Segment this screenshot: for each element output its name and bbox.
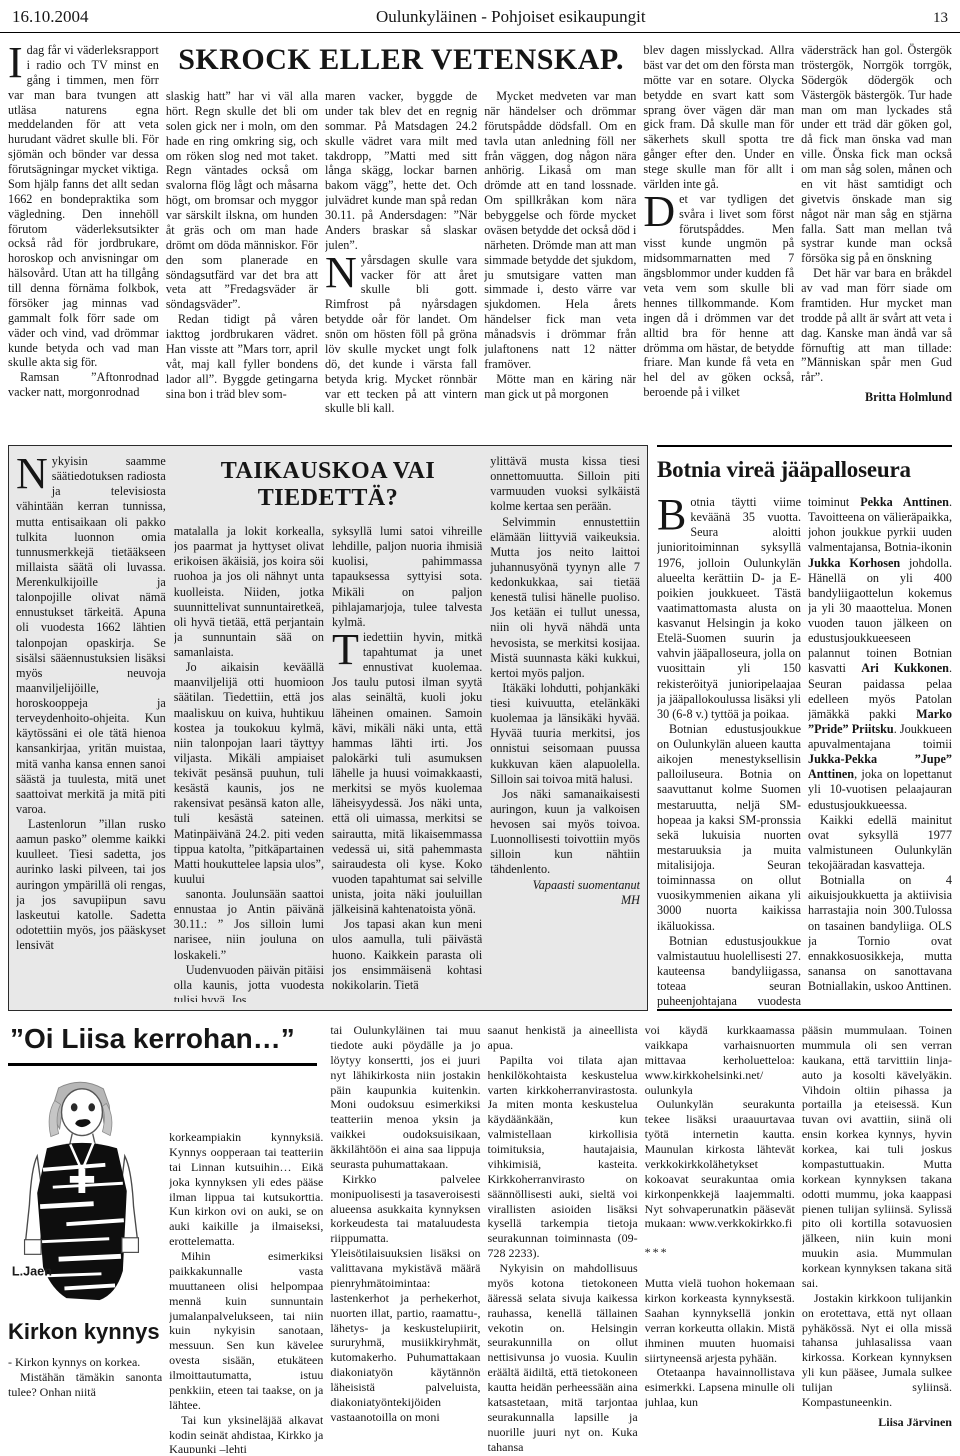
paragraph: korkeampiakin kynnyksiä. Kynnys oopperaa… [169,1130,323,1249]
paragraph: Nykyisin saamme säätiedotuksen radiosta … [16,454,166,817]
paragraph: voi käydä kurkkaamassa vaikkapa varhaisn… [645,1023,795,1097]
botnia-headline: Botnia vireä jääpalloseura [657,457,952,483]
taikauskoa-column-2: matalalla ja lokit korkealla, jos paarma… [174,524,324,1002]
botnia-columns: Botnia täytti viime keväänä 35 vuotta. S… [657,495,952,1009]
skrock-headline: SKROCK ELLER VETENSKAP. [166,43,637,77]
paragraph: Botnian edustusjoukkue on Oulunkylän alu… [657,722,801,934]
taikauskoa-headline: TAIKAUSKOA VAI TIEDETTÄ? [174,458,483,512]
oiliisa-column-3: tai Oulunkyläinen tai muu tiedote auki p… [330,1023,480,1453]
paragraph: matalalla ja lokit korkealla, jos paarma… [174,524,324,660]
drop-cap: N [16,454,52,490]
masthead-title: Oulunkyläinen - Pohjoiset esikaupungit [376,7,646,27]
paragraph: Kaikki edellä mainitut ovat syksyllä 197… [808,813,952,874]
drop-cap: B [657,495,690,531]
skrock-column-4: Mycket medveten var man när händelser oc… [484,89,636,435]
taikauskoa-column-1: Nykyisin saamme säätiedotuksen radiosta … [16,454,166,1002]
oiliisa-headline: ”Oi Liisa kerrohan…” [10,1023,323,1055]
taikauskoa-column-3: syksyllä lumi satoi vihreille lehdille, … [332,524,482,1002]
paragraph: Det här var bara en bråkdel av vad man f… [801,266,952,385]
oiliisa-column-1: L.Jaen Kirkon kynnys - Kirkon kynnys on … [8,1072,162,1453]
taikauskoa-column-4: ylittävä musta kissa tiesi onnettomuutta… [490,454,640,1002]
article-taikauskoa: Nykyisin saamme säätiedotuksen radiosta … [8,445,648,1011]
paragraph: MH [490,893,640,908]
paragraph: Mihin esimerkiksi paikkakunnalle vasta m… [169,1249,323,1413]
skrock-column-3: maren vacker, byggde de under tak blev d… [325,89,477,435]
paragraph: Itäkäki lohdutti, pohjankäki tiesi kuivu… [490,681,640,787]
paragraph: vädersträck han gol. Östergök tröstergök… [801,43,952,266]
page-number: 13 [933,10,948,27]
paragraph: Tai kun yksineläjää alkavat kodin seinät… [169,1413,323,1453]
skrock-column-1: Idag får vi väderleksrapport i radio och… [8,43,159,435]
paragraph: Otetaanpa havainnollistava esimerkki. La… [645,1365,795,1410]
paragraph: sanonta. Joulunsään saattoi ennustaa jo … [174,887,324,963]
article-kirkon-kynnys: ”Oi Liisa kerrohan…” [8,1023,952,1453]
drop-cap: D [643,192,679,228]
paragraph: Vapaasti suomentanut [490,878,640,893]
paragraph: Tiedettiin hyvin, mitkä tapahtumat ja un… [332,630,482,917]
priest-drawing: L.Jaen [8,1074,162,1312]
botnia-bottom-rule [657,1009,952,1011]
paragraph: - Kirkon kynnys on korkea. [8,1355,162,1370]
paragraph: Selvimmin ennustettiin elämään liittyviä… [490,515,640,681]
paragraph: Uudenvuoden päivän pitäisi olla kaunis, … [174,963,324,1002]
paragraph: Kirkko palvelee monipuolisesti ja tasave… [330,1172,480,1425]
issue-date: 16.10.2004 [12,7,89,27]
paragraph: syksyllä lumi satoi vihreille lehdille, … [332,524,482,630]
paragraph: Jos tapasi akan kun meni ulos aamulla, t… [332,917,482,993]
taikauskoa-middle-block: TAIKAUSKOA VAI TIEDETTÄ? matalalla ja lo… [174,454,483,1002]
paragraph: saanut henkistä ja aineellista apua. [488,1023,638,1053]
paragraph: Nykyisin on mahdollisuus myös kotona tie… [488,1261,638,1453]
paragraph: Jostakin kirkkoon tulijankin on erotetta… [802,1291,952,1410]
paragraph: toiminut Pekka Anttinen. Tavoitteena on … [808,495,952,813]
skrock-column-2: slaskig hatt” har vi väl alla hört. Regn… [166,89,318,435]
paragraph: pääsin mummulaan. Toinen mummula oli sen… [802,1023,952,1291]
paragraph: Mutta vielä tuohon hokemaan kirkon korke… [645,1276,795,1365]
skrock-column-6: vädersträck han gol. Östergök tröstergök… [801,43,952,435]
paragraph: Britta Holmlund [801,390,952,405]
oiliisa-left-block: ”Oi Liisa kerrohan…” [8,1023,323,1453]
oiliisa-column-1-text: - Kirkon kynnys on korkea.Mistähän tämäk… [8,1355,162,1400]
drop-cap: N [325,253,361,289]
paragraph: Idag får vi väderleksrapport i radio och… [8,43,159,370]
oiliisa-column-4: saanut henkistä ja aineellista apua.Papi… [488,1023,638,1453]
paragraph: Oulunkylän seurakunta tekee lisäksi uraa… [645,1097,795,1231]
paragraph: Papilta voi tilata ajan henkilökohtaista… [488,1053,638,1261]
paragraph: slaskig hatt” har vi väl alla hört. Regn… [166,89,318,312]
oiliisa-column-2: korkeampiakin kynnyksiä. Kynnys oopperaa… [169,1072,323,1453]
paragraph: Redan tidigt på våren iakttog jordbrukar… [166,312,318,401]
paragraph: Det var tydligen det svåra i livet som f… [643,192,794,400]
paragraph: Jos näki samanaikaisesti auringon, kuun … [490,787,640,878]
paragraph: Mistähän tämäkin sanonta tulee? Onhan ni… [8,1370,162,1400]
oiliisa-column-6: pääsin mummulaan. Toinen mummula oli sen… [802,1023,952,1453]
drop-cap: I [8,43,27,79]
paragraph: Nyårsdagen skulle vara vacker för att år… [325,253,477,417]
kirkon-kynnys-subtitle: Kirkon kynnys [8,1318,162,1345]
paragraph: Lastenlorun ”illan rusko aamun pasko” ol… [16,817,166,953]
page-content: Idag får vi väderleksrapport i radio och… [0,43,960,1453]
paragraph: maren vacker, byggde de under tak blev d… [325,89,477,253]
oiliisa-left-columns: L.Jaen Kirkon kynnys - Kirkon kynnys on … [8,1072,323,1453]
paragraph: ylittävä musta kissa tiesi onnettomuutta… [490,454,640,515]
botnia-column-1: Botnia täytti viime keväänä 35 vuotta. S… [657,495,801,1009]
paragraph: tai Oulunkyläinen tai muu tiedote auki p… [330,1023,480,1172]
skrock-column-5: blev dagen misslyckad. Allra bäst var de… [643,43,794,435]
paragraph: blev dagen misslyckad. Allra bäst var de… [643,43,794,192]
paragraph: Mötte man en käring när man gick ut på m… [484,372,636,402]
article-skrock: Idag får vi väderleksrapport i radio och… [8,43,952,435]
botnia-column-2: toiminut Pekka Anttinen. Tavoitteena on … [808,495,952,1009]
skrock-middle-columns: slaskig hatt” har vi väl alla hört. Regn… [166,89,637,435]
middle-band: Nykyisin saamme säätiedotuksen radiosta … [8,445,952,1011]
taikauskoa-middle-columns: matalalla ja lokit korkealla, jos paarma… [174,524,483,1002]
skrock-middle-block: SKROCK ELLER VETENSKAP. slaskig hatt” ha… [166,43,637,435]
paragraph: Ramsan ”Aftonrodnad vacker natt, morgonr… [8,370,159,400]
paragraph: Botnialla on 4 aikuisjoukkuetta ja aktii… [808,873,952,994]
paragraph: *** [645,1245,795,1260]
paragraph: Liisa Järvinen [802,1415,952,1430]
paragraph: Botnia täytti viime keväänä 35 vuotta. S… [657,495,801,722]
paragraph: Mycket medveten var man när händelser oc… [484,89,636,372]
page-header: 16.10.2004 Oulunkyläinen - Pohjoiset esi… [0,0,960,33]
oiliisa-column-5: voi käydä kurkkaamassa vaikkapa varhaisn… [645,1023,795,1453]
oiliisa-rule [8,1063,317,1066]
drawing-signature: L.Jaen [12,1265,52,1279]
paragraph: Botnian edustusjoukkue valmistautuu huol… [657,934,801,1009]
article-botnia: Botnia vireä jääpalloseura Botnia täytti… [657,445,952,1011]
botnia-top-rule [657,445,952,447]
paragraph: Jo aikaisin keväällä maanviljelijä otti … [174,660,324,887]
drop-cap: T [332,630,363,666]
